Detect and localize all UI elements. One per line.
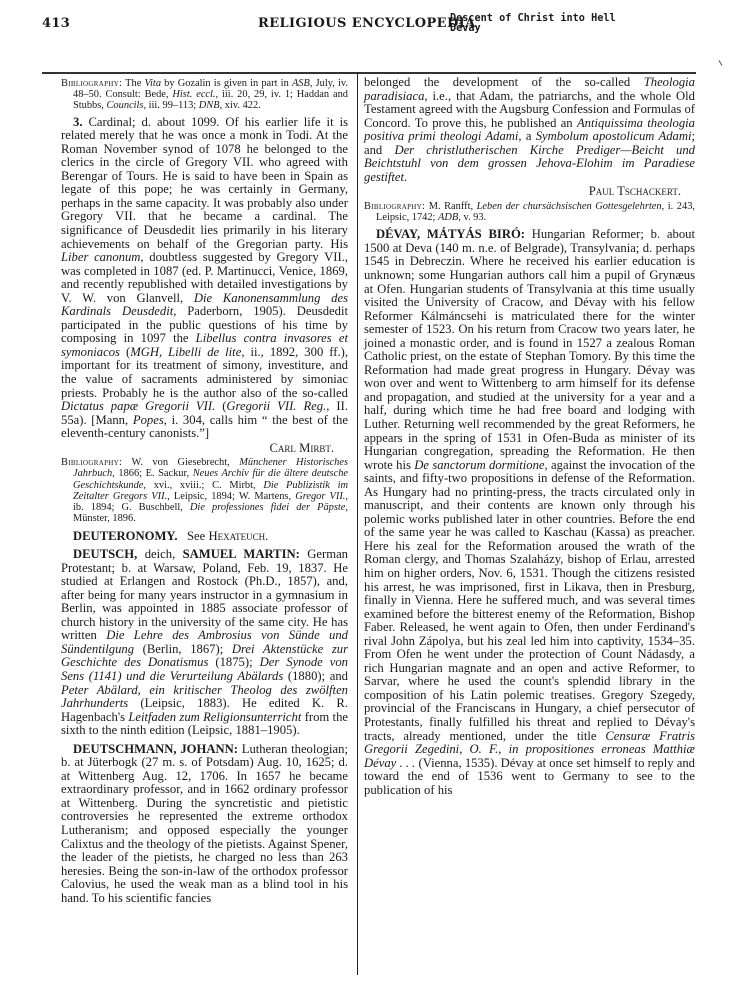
entry-deusdedit-cardinal: 3. Cardinal; d. about 1099. Of his earli…: [61, 116, 348, 441]
column-divider: [357, 72, 358, 975]
right-column: belonged the development of the so-calle…: [364, 76, 695, 797]
entry-devay: DÉVAY, MÁTYÁS BIRÓ: Hungarian Reformer; …: [364, 228, 695, 797]
entry-deutschmann-continued: belonged the development of the so-calle…: [364, 76, 695, 184]
entry-deutschmann: DEUTSCHMANN, JOHANN: Lutheran theologian…: [61, 743, 348, 906]
running-title: RELIGIOUS ENCYCLOPEDIA: [258, 16, 476, 31]
scan-mark: [719, 60, 723, 66]
cross-reference-hexateuch[interactable]: Hexateuch.: [208, 529, 268, 543]
bibliography-deutschmann: Bibliography: M. Ranfft, Leben der churs…: [364, 201, 695, 223]
signature-carl-mirbt: Carl Mirbt.: [61, 442, 348, 456]
running-header: 413 RELIGIOUS ENCYCLOPEDIA Descent of Ch…: [42, 14, 696, 38]
catchword-last: Dévay: [450, 24, 616, 34]
entry-deuteronomy: DEUTERONOMY. See Hexateuch.: [61, 530, 348, 544]
catchwords: Descent of Christ into Hell Dévay: [450, 14, 616, 33]
entry-deutsch: DEUTSCH, deich, SAMUEL MARTIN: German Pr…: [61, 548, 348, 738]
left-column: Bibliography: The Vita by Gozalin is giv…: [61, 76, 348, 905]
page-number: 413: [42, 16, 70, 31]
bibliography-deusdedit-3: Bibliography: W. von Giesebrecht, Münche…: [61, 457, 348, 524]
bibliography-deusdedit-2: Bibliography: The Vita by Gozalin is giv…: [61, 78, 348, 112]
header-rule: [42, 72, 696, 74]
signature-paul-tschackert: Paul Tschackert.: [364, 185, 695, 199]
